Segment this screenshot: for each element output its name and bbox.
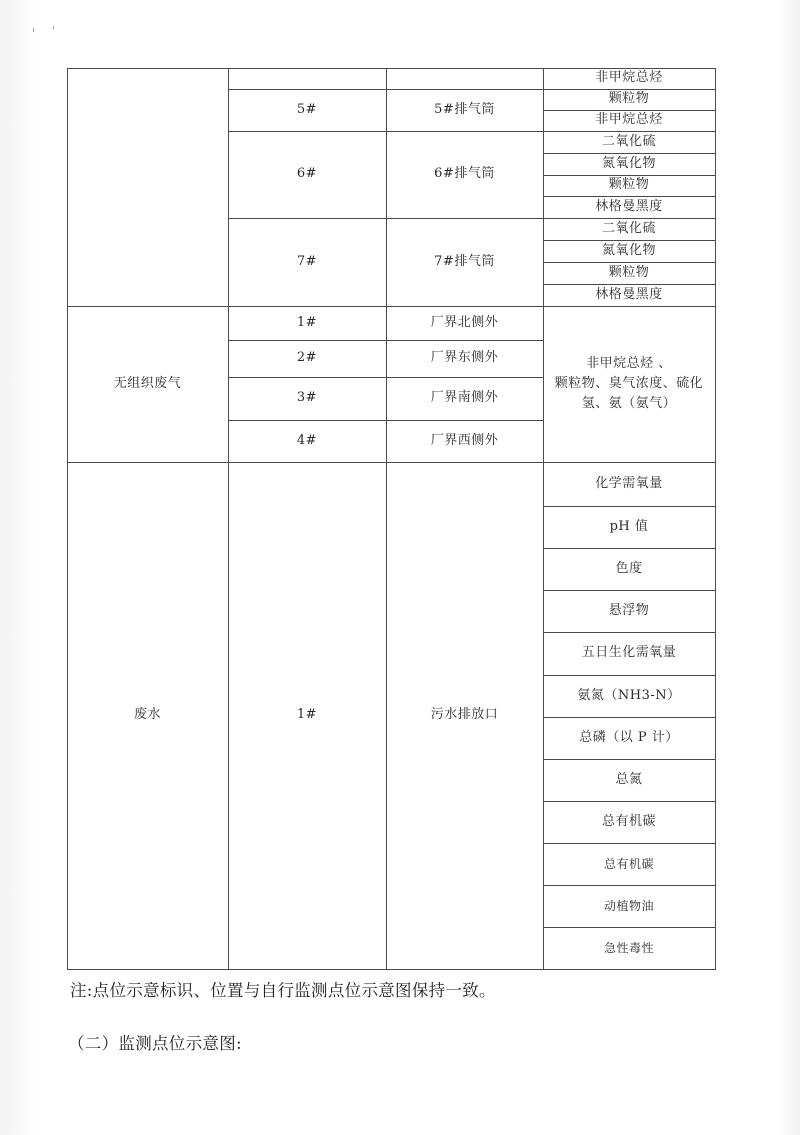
scan-page-edge-right — [778, 0, 800, 1135]
table-rule — [543, 969, 716, 970]
monitoring-item-cell: 动植物油 — [543, 885, 715, 927]
table-footnote: 注:点位示意标识、位置与自行监测点位示意图保持一致。 — [70, 977, 496, 1001]
table-rule — [543, 306, 544, 463]
monitoring-item-cell: 氮氧化物 — [543, 240, 715, 262]
category-cell: 废水 — [67, 462, 228, 969]
point-location-cell: 6#排气筒 — [386, 131, 543, 218]
table-rule — [543, 885, 716, 886]
monitoring-items-shared-cell: 非甲烷总烃 、 颗粒物、臭气浓度、硫化 氢、氨（氨气） — [547, 306, 711, 462]
table-rule — [543, 843, 716, 844]
point-location-cell: 5#排气筒 — [386, 89, 543, 131]
point-id-cell: 7# — [228, 218, 386, 306]
monitoring-item-cell: 色度 — [543, 548, 715, 590]
point-id-cell: 1# — [228, 306, 386, 340]
point-id-cell — [228, 68, 386, 89]
scan-speck — [33, 28, 34, 32]
table-rule — [228, 462, 544, 463]
point-location-cell: 污水排放口 — [386, 462, 543, 969]
table-rule — [715, 462, 716, 970]
point-id-cell: 6# — [228, 131, 386, 218]
point-location-cell: 厂界东侧外 — [386, 340, 543, 377]
table-rule — [543, 927, 716, 928]
monitoring-item-cell: 二氧化硫 — [543, 131, 715, 153]
monitoring-item-cell: 林格曼黑度 — [543, 196, 715, 218]
table-rule — [715, 68, 716, 307]
table-rule — [228, 131, 544, 132]
table-rule — [543, 240, 716, 241]
scan-speck — [53, 26, 54, 29]
table-rule — [228, 218, 544, 219]
table-rule — [715, 306, 716, 463]
monitoring-item-cell: 总氮 — [543, 759, 715, 801]
monitoring-item-cell: 非甲烷总烃 — [543, 68, 715, 89]
point-location-cell — [386, 68, 543, 89]
table-rule — [543, 284, 716, 285]
table-rule — [543, 68, 716, 69]
table-rule — [543, 717, 716, 718]
point-location-cell: 厂界西侧外 — [386, 420, 543, 462]
table-rule — [543, 196, 716, 197]
table-rule — [543, 506, 716, 507]
monitoring-item-cell: 颗粒物 — [543, 89, 715, 110]
table-rule — [543, 590, 716, 591]
monitoring-item-cell: 非甲烷总烃 — [543, 110, 715, 131]
point-location-cell: 7#排气筒 — [386, 218, 543, 306]
point-location-cell: 厂界南侧外 — [386, 377, 543, 420]
table-rule — [228, 420, 544, 421]
table-rule — [543, 153, 716, 154]
monitoring-item-cell: 总磷（以 P 计） — [543, 717, 715, 759]
monitoring-item-cell: 颗粒物 — [543, 262, 715, 284]
table-rule — [543, 759, 716, 760]
category-cell: 无组织废气 — [67, 306, 228, 462]
table-rule — [543, 632, 716, 633]
point-id-cell: 5# — [228, 89, 386, 131]
table-rule — [228, 306, 544, 307]
monitoring-item-cell: 急性毒性 — [543, 927, 715, 969]
table-rule — [543, 175, 716, 176]
table-rule — [543, 131, 716, 132]
table-rule — [228, 969, 544, 970]
table-rule — [228, 340, 544, 341]
point-id-cell: 2# — [228, 340, 386, 377]
monitoring-item-cell: 颗粒物 — [543, 175, 715, 196]
point-id-cell: 4# — [228, 420, 386, 462]
table-rule — [228, 89, 544, 90]
monitoring-item-cell: 总有机碳 — [543, 843, 715, 885]
monitoring-item-cell: pH 值 — [543, 506, 715, 548]
table-rule — [543, 801, 716, 802]
table-rule — [228, 377, 544, 378]
table-rule — [543, 262, 716, 263]
monitoring-item-cell: 化学需氧量 — [543, 462, 715, 506]
monitoring-item-cell: 总有机碳 — [543, 801, 715, 843]
table-rule — [67, 68, 68, 307]
point-location-cell: 厂界北侧外 — [386, 306, 543, 340]
table-rule — [543, 89, 716, 90]
category-cell — [67, 68, 228, 306]
monitoring-item-cell: 悬浮物 — [543, 590, 715, 632]
point-id-cell: 1# — [228, 462, 386, 969]
table-rule — [543, 218, 716, 219]
scan-page-edge-left — [0, 0, 36, 1135]
monitoring-item-cell: 二氧化硫 — [543, 218, 715, 240]
table-rule — [67, 306, 68, 463]
table-rule — [543, 462, 716, 463]
monitoring-item-cell: 林格曼黑度 — [543, 284, 715, 306]
section-heading-monitoring-map: （二）监测点位示意图: — [68, 1030, 242, 1054]
table-rule — [543, 548, 716, 549]
monitoring-item-cell: 氮氧化物 — [543, 153, 715, 175]
table-rule — [228, 68, 544, 69]
monitoring-item-cell: 氨氮（NH3-N） — [543, 675, 715, 717]
table-rule — [67, 462, 68, 970]
point-id-cell: 3# — [228, 377, 386, 420]
table-rule — [543, 675, 716, 676]
monitoring-item-cell: 五日生化需氧量 — [543, 632, 715, 675]
table-rule — [543, 110, 716, 111]
